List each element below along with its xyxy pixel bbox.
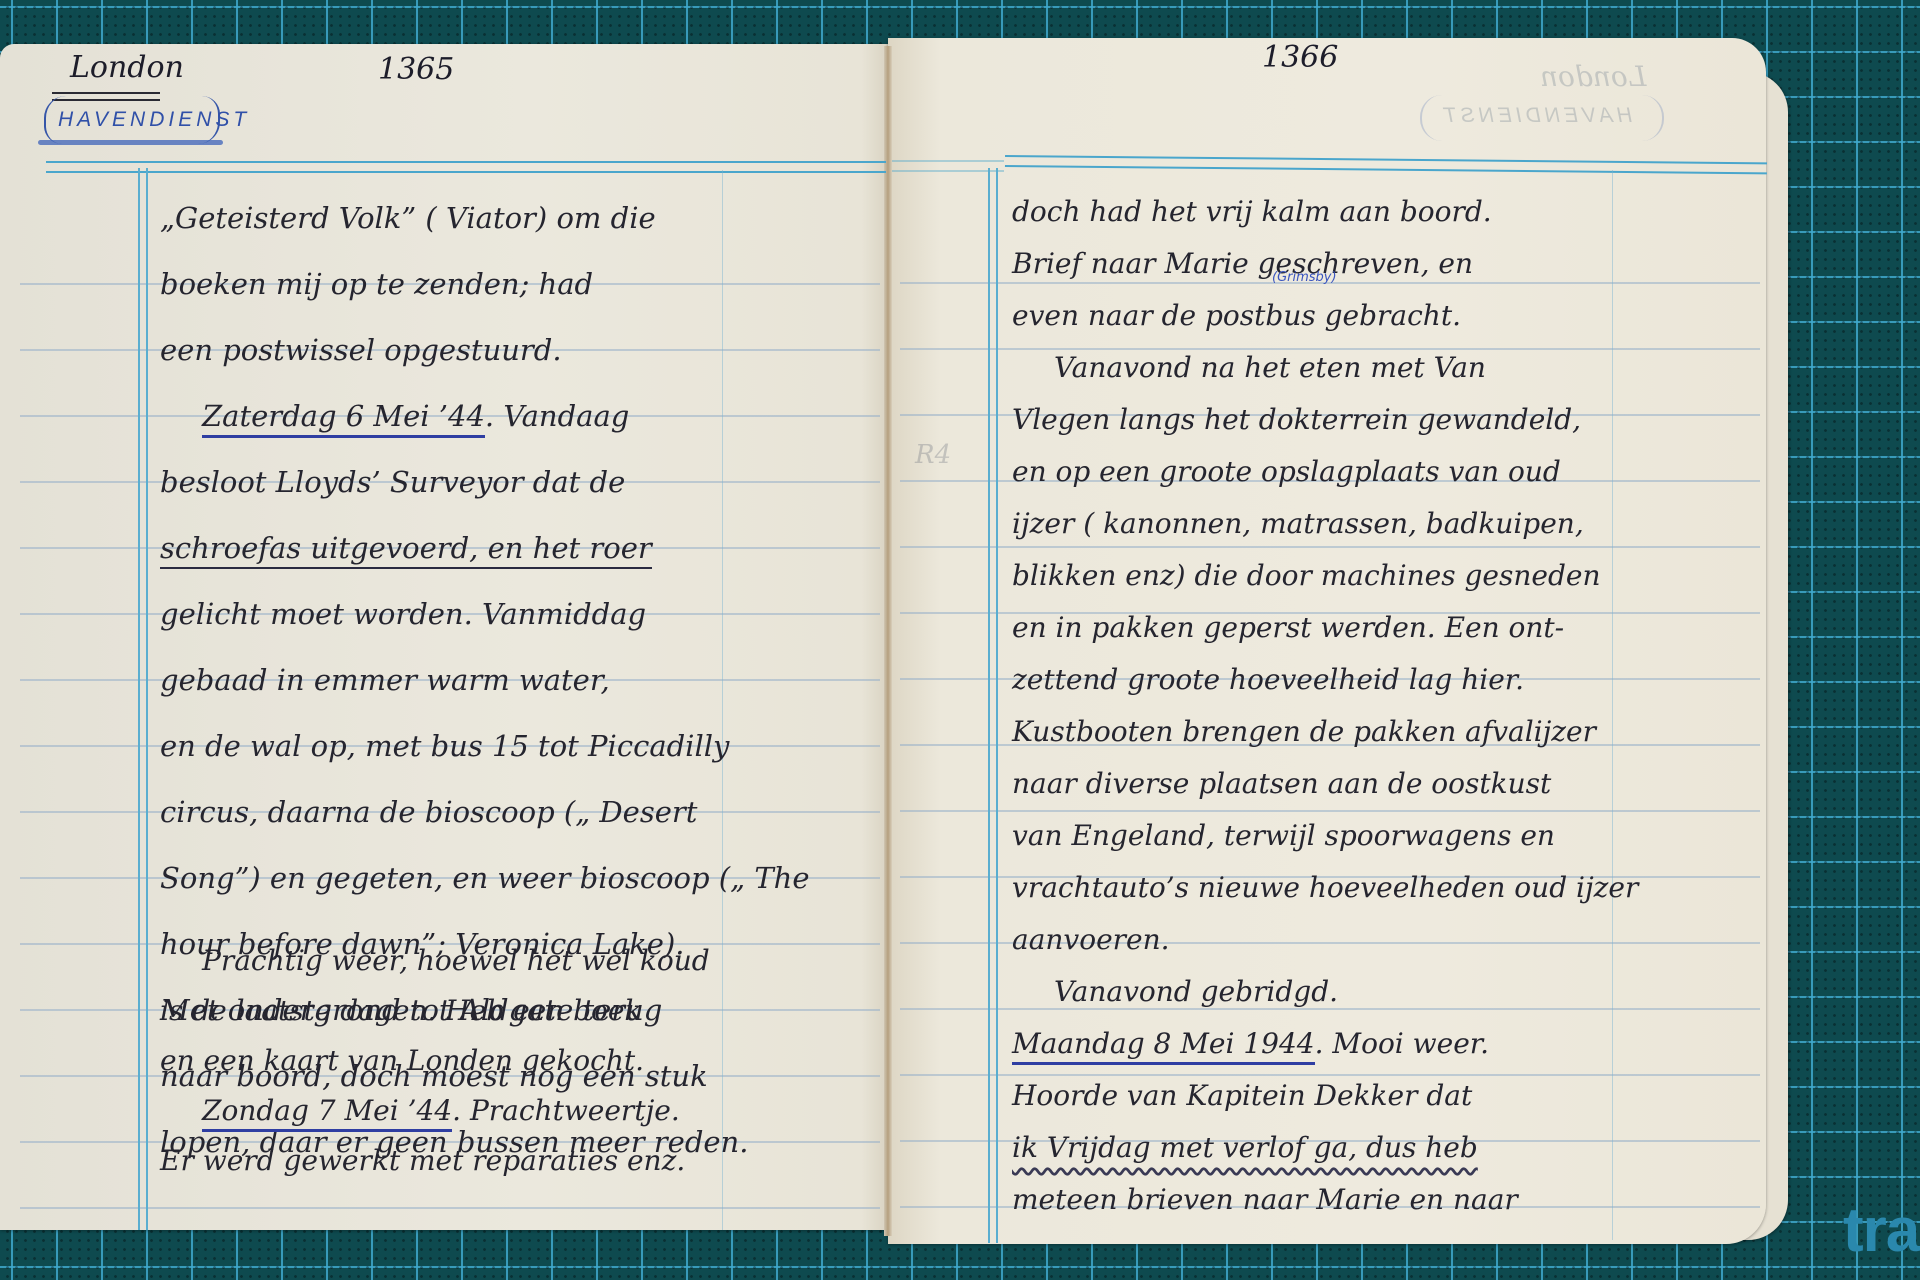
text-line: van Engeland, terwijl spoorwagens en: [1012, 810, 1762, 862]
stamp-underline: [38, 140, 223, 145]
text-line: en de wal op, met bus 15 tot Piccadilly: [160, 714, 880, 780]
text-line: boeken mij op te zenden; had: [160, 252, 880, 318]
text-line: zettend groote hoeveelheid lag hier.: [1012, 654, 1762, 706]
text-line: en in pakken geperst werden. Een ont-: [1012, 602, 1762, 654]
text-line: meteen brieven naar Marie en naar: [1012, 1174, 1762, 1226]
right-page-number: 1366: [1262, 40, 1338, 75]
text-line: Song”) en gegeten, en weer bioscoop („ T…: [160, 846, 880, 912]
text-line: ik Vrijdag met verlof ga, dus heb: [1012, 1122, 1762, 1174]
text-line: vrachtauto’s nieuwe hoeveelheden oud ijz…: [1012, 862, 1762, 914]
text-line: naar diverse plaatsen aan de oostkust: [1012, 758, 1762, 810]
left-page-number: 1365: [378, 52, 454, 87]
text-line: „Geteisterd Volk” ( Viator) om die: [160, 186, 880, 252]
margin-annotation: (Grimsby): [1272, 270, 1337, 285]
text-fragment: . Vandaag: [485, 399, 629, 433]
book-binding: [884, 46, 892, 1236]
ghost-stamp-text: HAVENDIENST: [1440, 104, 1632, 128]
text-line: aanvoeren.: [1012, 914, 1762, 966]
date-heading: Maandag 8 Mei 1944: [1012, 1027, 1315, 1065]
text-line: een postwissel opgestuurd.: [160, 318, 880, 384]
ghost-margin-mark: R4: [915, 440, 951, 470]
text-line: Vlegen langs het dokterrein gewandeld,: [1012, 394, 1762, 446]
text-line: is de laatste dagen. Heb een boek: [160, 986, 880, 1036]
text-line: Vanavond na het eten met Van: [1012, 342, 1762, 394]
date-entry-line: Zaterdag 6 Mei ’44. Vandaag: [160, 384, 880, 450]
stamp-text: HAVENDIENST: [58, 108, 250, 132]
text-line: Er werd gewerkt met reparaties enz.: [160, 1136, 880, 1186]
date-heading: Zaterdag 6 Mei ’44: [202, 399, 485, 438]
left-page-text-continued: Prachtig weer, hoewel het wel koud is de…: [160, 936, 880, 1186]
underlined-text: schroefas uitgevoerd, en het roer: [160, 531, 652, 569]
mat-brand-logo: tra: [1843, 1195, 1919, 1266]
right-page-text: doch had het vrij kalm aan boord. Brief …: [1012, 186, 1762, 1226]
text-line: en op een groote opslagplaats van oud: [1012, 446, 1762, 498]
text-line: Brief naar Marie geschreven, en: [1012, 238, 1762, 290]
left-header-rule: [46, 161, 886, 173]
text-line: circus, daarna de bioscoop („ Desert: [160, 780, 880, 846]
text-line: Prachtig weer, hoewel het wel koud: [160, 936, 880, 986]
text-line: even naar de postbus gebracht.: [1012, 290, 1762, 342]
text-line: ijzer ( kanonnen, matrassen, badkuipen,: [1012, 498, 1762, 550]
text-line: gebaad in emmer warm water,: [160, 648, 880, 714]
location-heading: London: [70, 50, 184, 85]
text-line: doch had het vrij kalm aan boord.: [1012, 186, 1762, 238]
ghost-location-heading: London: [1540, 60, 1646, 93]
text-line: en een kaart van Londen gekocht.: [160, 1036, 880, 1086]
right-margin-line: [988, 168, 998, 1243]
text-line: Kustbooten brengen de pakken afvalijzer: [1012, 706, 1762, 758]
date-entry-line: Maandag 8 Mei 1944. Mooi weer.: [1012, 1018, 1762, 1070]
text-fragment: . Prachtweertje.: [452, 1094, 680, 1127]
text-line: gelicht moet worden. Vanmiddag: [160, 582, 880, 648]
text-line: besloot Lloyds’ Surveyor dat de: [160, 450, 880, 516]
text-line: schroefas uitgevoerd, en het roer: [160, 516, 880, 582]
text-line: blikken enz) die door machines gesneden: [1012, 550, 1762, 602]
underlined-text: ik Vrijdag met verlof ga, dus heb: [1012, 1131, 1478, 1164]
left-margin-line: [138, 168, 148, 1230]
text-line: Vanavond gebridgd.: [1012, 966, 1762, 1018]
date-heading: Zondag 7 Mei ’44: [202, 1094, 452, 1132]
text-line: Hoorde van Kapitein Dekker dat: [1012, 1070, 1762, 1122]
date-entry-line: Zondag 7 Mei ’44. Prachtweertje.: [160, 1086, 880, 1136]
text-fragment: . Mooi weer.: [1315, 1027, 1489, 1060]
